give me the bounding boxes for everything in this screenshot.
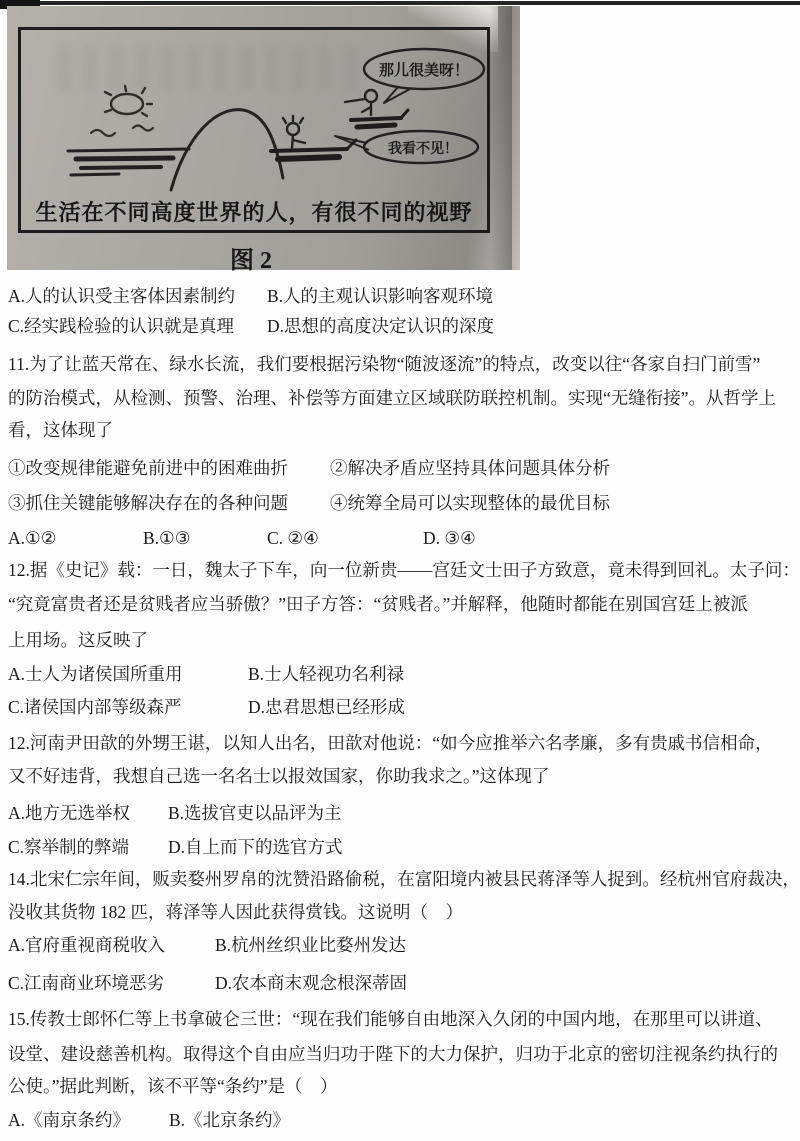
option-a: A.士人为诸侯国所重用 [8,662,183,686]
item-2: ②解决矛盾应坚持具体问题具体分析 [330,456,610,480]
option-c: C.经实践检验的认识就是真理 [8,314,234,338]
option-c: C.江南商业环境恶劣 [8,971,164,995]
item-1: ①改变规律能避免前进中的困难曲折 [8,456,288,480]
speech-bubble-bottom-text: 我看不见！ [388,140,458,157]
option-b: B.人的主观认识影响客观环境 [267,284,493,308]
option-d: D.思想的高度决定认识的深度 [267,314,494,338]
q11-items-34: ③抓住关键能够解决存在的各种问题④统筹全局可以实现整体的最优目标 [0,491,800,515]
question-text: 又不好违背，我想自己选一名名士以报效国家，你助我求之。”这体现了 [8,764,550,788]
question-text: 的防治模式，从检测、预警、治理、补偿等方面建立区域联防联控机制。实现“无缝衔接”… [8,386,776,410]
option-c: C. ②④ [267,526,319,550]
q11-answers: A.①②B.①③C. ②④D. ③④ [0,526,800,550]
option-a: A.《南京条约》 [8,1108,130,1132]
q12-text-1: 12.据《史记》载：一日，魏太子下车，向一位新贵——宫廷文士田子方致意，竟未得到… [0,558,800,582]
option-b: B.《北京条约》 [169,1108,290,1132]
question-text: 12.河南尹田歆的外甥王谌，以知人出名，田歆对他说：“如今应推举六名孝廉，多有贵… [8,731,773,755]
upper-boat [351,110,408,127]
q13-text-2: 又不好违背，我想自己选一名名士以报效国家，你助我求之。”这体现了 [0,764,800,788]
question-text: “究竟富贵者还是贫贱者应当骄傲？”田子方答：“贫贱者。”并解释，他随时都能在别国… [8,592,748,616]
q13-options-cd: C.察举制的弊端D.自上而下的选官方式 [0,835,800,859]
option-a: A.①② [8,526,56,550]
q12-options-cd: C.诸侯国内部等级森严D.忠君思想已经形成 [0,695,800,719]
option-b: B.杭州丝织业比婺州发达 [215,933,406,957]
speech-bubble-bottom: 我看不见！ [335,131,478,163]
question-text: 公使。”据此判断，该不平等“条约”是（ ） [8,1074,338,1098]
question-text: 没收其货物 182 匹，蒋泽等人因此获得赏钱。这说明（ ） [8,900,463,924]
q11-text-3: 看，这体现了 [0,418,800,442]
q11-items-12: ①改变规律能避免前进中的困难曲折②解决矛盾应坚持具体问题具体分析 [0,456,800,480]
q15-text-1: 15.传教士郎怀仁等上书拿破仑三世：“现在我们能够自由地深入久闭的中国内地，在那… [0,1007,800,1031]
option-b: B.①③ [143,526,190,550]
scanned-figure-photo: 那儿很美呀！ 我看不见！ 生活在不同高度世界的人，有很不同的视野 图 2 [7,6,520,270]
option-a: A.地方无选举权 [8,801,130,825]
q14-text-1: 14.北宋仁宗年间，贩卖婺州罗帛的沈赞沿路偷税，在富阳境内被县民蒋泽等人捉到。经… [0,867,800,891]
page-top-cutoff-strip [0,1,800,5]
sun-icon [105,86,152,116]
option-d: D.自上而下的选官方式 [168,835,343,859]
option-d: D. ③④ [423,526,476,550]
figure-caption: 生活在不同高度世界的人，有很不同的视野 [21,196,487,227]
q12-text-2: “究竟富贵者还是贫贱者应当骄傲？”田子方答：“贫贱者。”并解释，他随时都能在别国… [0,592,800,616]
question-text: 14.北宋仁宗年间，贩卖婺州罗帛的沈赞沿路偷税，在富阳境内被县民蒋泽等人捉到。经… [8,867,800,891]
question-text: 设堂、建设慈善机构。取得这个自由应当归功于陛下的大力保护，归功于北京的密切注视条… [8,1042,778,1066]
q13-options-ab: A.地方无选举权B.选拔官吏以品评为主 [0,801,800,825]
speech-bubble-top: 那儿很美呀！ [364,49,484,103]
q14-options-cd: C.江南商业环境恶劣D.农本商末观念根深蒂固 [0,971,800,995]
question-text: 上用场。这反映了 [8,628,148,652]
q12-options-ab: A.士人为诸侯国所重用B.士人轻视功名利禄 [0,662,800,686]
option-b: B.士人轻视功名利禄 [248,662,404,686]
lower-boat [271,140,356,159]
q15-text-2: 设堂、建设慈善机构。取得这个自由应当归功于陛下的大力保护，归功于北京的密切注视条… [0,1042,800,1066]
q11-text-2: 的防治模式，从检测、预警、治理、补偿等方面建立区域联防联控机制。实现“无缝衔接”… [0,386,800,410]
bird-icon [91,126,153,137]
option-d: D.农本商末观念根深蒂固 [215,971,407,995]
water-lines [68,149,189,175]
page-fold-shadow [490,6,512,270]
question-text: 看，这体现了 [8,418,113,442]
q15-text-3: 公使。”据此判断，该不平等“条约”是（ ） [0,1074,800,1098]
question-text: 11.为了让蓝天常在、绿水长流，我们要根据污染物“随波逐流”的特点，改变以往“各… [8,352,760,376]
q13-text-1: 12.河南尹田歆的外甥王谌，以知人出名，田歆对他说：“如今应推举六名孝廉，多有贵… [0,731,800,755]
q10-options-cd: C.经实践检验的认识就是真理D.思想的高度决定认识的深度 [0,314,800,338]
option-d: D.忠君思想已经形成 [248,695,405,719]
option-a: A.官府重视商税收入 [8,933,165,957]
lower-person [283,116,305,148]
speech-bubble-top-text: 那儿很美呀！ [379,61,469,79]
option-a: A.人的认识受主客体因素制约 [8,284,235,308]
q14-options-ab: A.官府重视商税收入B.杭州丝织业比婺州发达 [0,933,800,957]
question-text: 12.据《史记》载：一日，魏太子下车，向一位新贵——宫廷文士田子方致意，竟未得到… [8,558,800,582]
q12-text-3: 上用场。这反映了 [0,628,800,652]
option-c: C.察举制的弊端 [8,835,129,859]
option-c: C.诸侯国内部等级森严 [8,695,182,719]
q14-text-2: 没收其货物 182 匹，蒋泽等人因此获得赏钱。这说明（ ） [0,900,800,924]
cartoon-frame: 那儿很美呀！ 我看不见！ 生活在不同高度世界的人，有很不同的视野 [18,27,490,233]
figure-label: 图 2 [18,240,484,275]
item-3: ③抓住关键能够解决存在的各种问题 [8,491,288,515]
exam-page: 那儿很美呀！ 我看不见！ 生活在不同高度世界的人，有很不同的视野 图 2 A.人… [0,0,800,1141]
option-b: B.选拔官吏以品评为主 [168,801,342,825]
item-4: ④统筹全局可以实现整体的最优目标 [330,491,610,515]
q11-text-1: 11.为了让蓝天常在、绿水长流，我们要根据污染物“随波逐流”的特点，改变以往“各… [0,352,800,376]
q15-options-ab: A.《南京条约》B.《北京条约》 [0,1108,800,1132]
q10-options-ab: A.人的认识受主客体因素制约B.人的主观认识影响客观环境 [0,284,800,308]
upper-person [345,90,377,115]
hill-shape [171,110,283,190]
question-text: 15.传教士郎怀仁等上书拿破仑三世：“现在我们能够自由地深入久闭的中国内地，在那… [8,1007,773,1031]
